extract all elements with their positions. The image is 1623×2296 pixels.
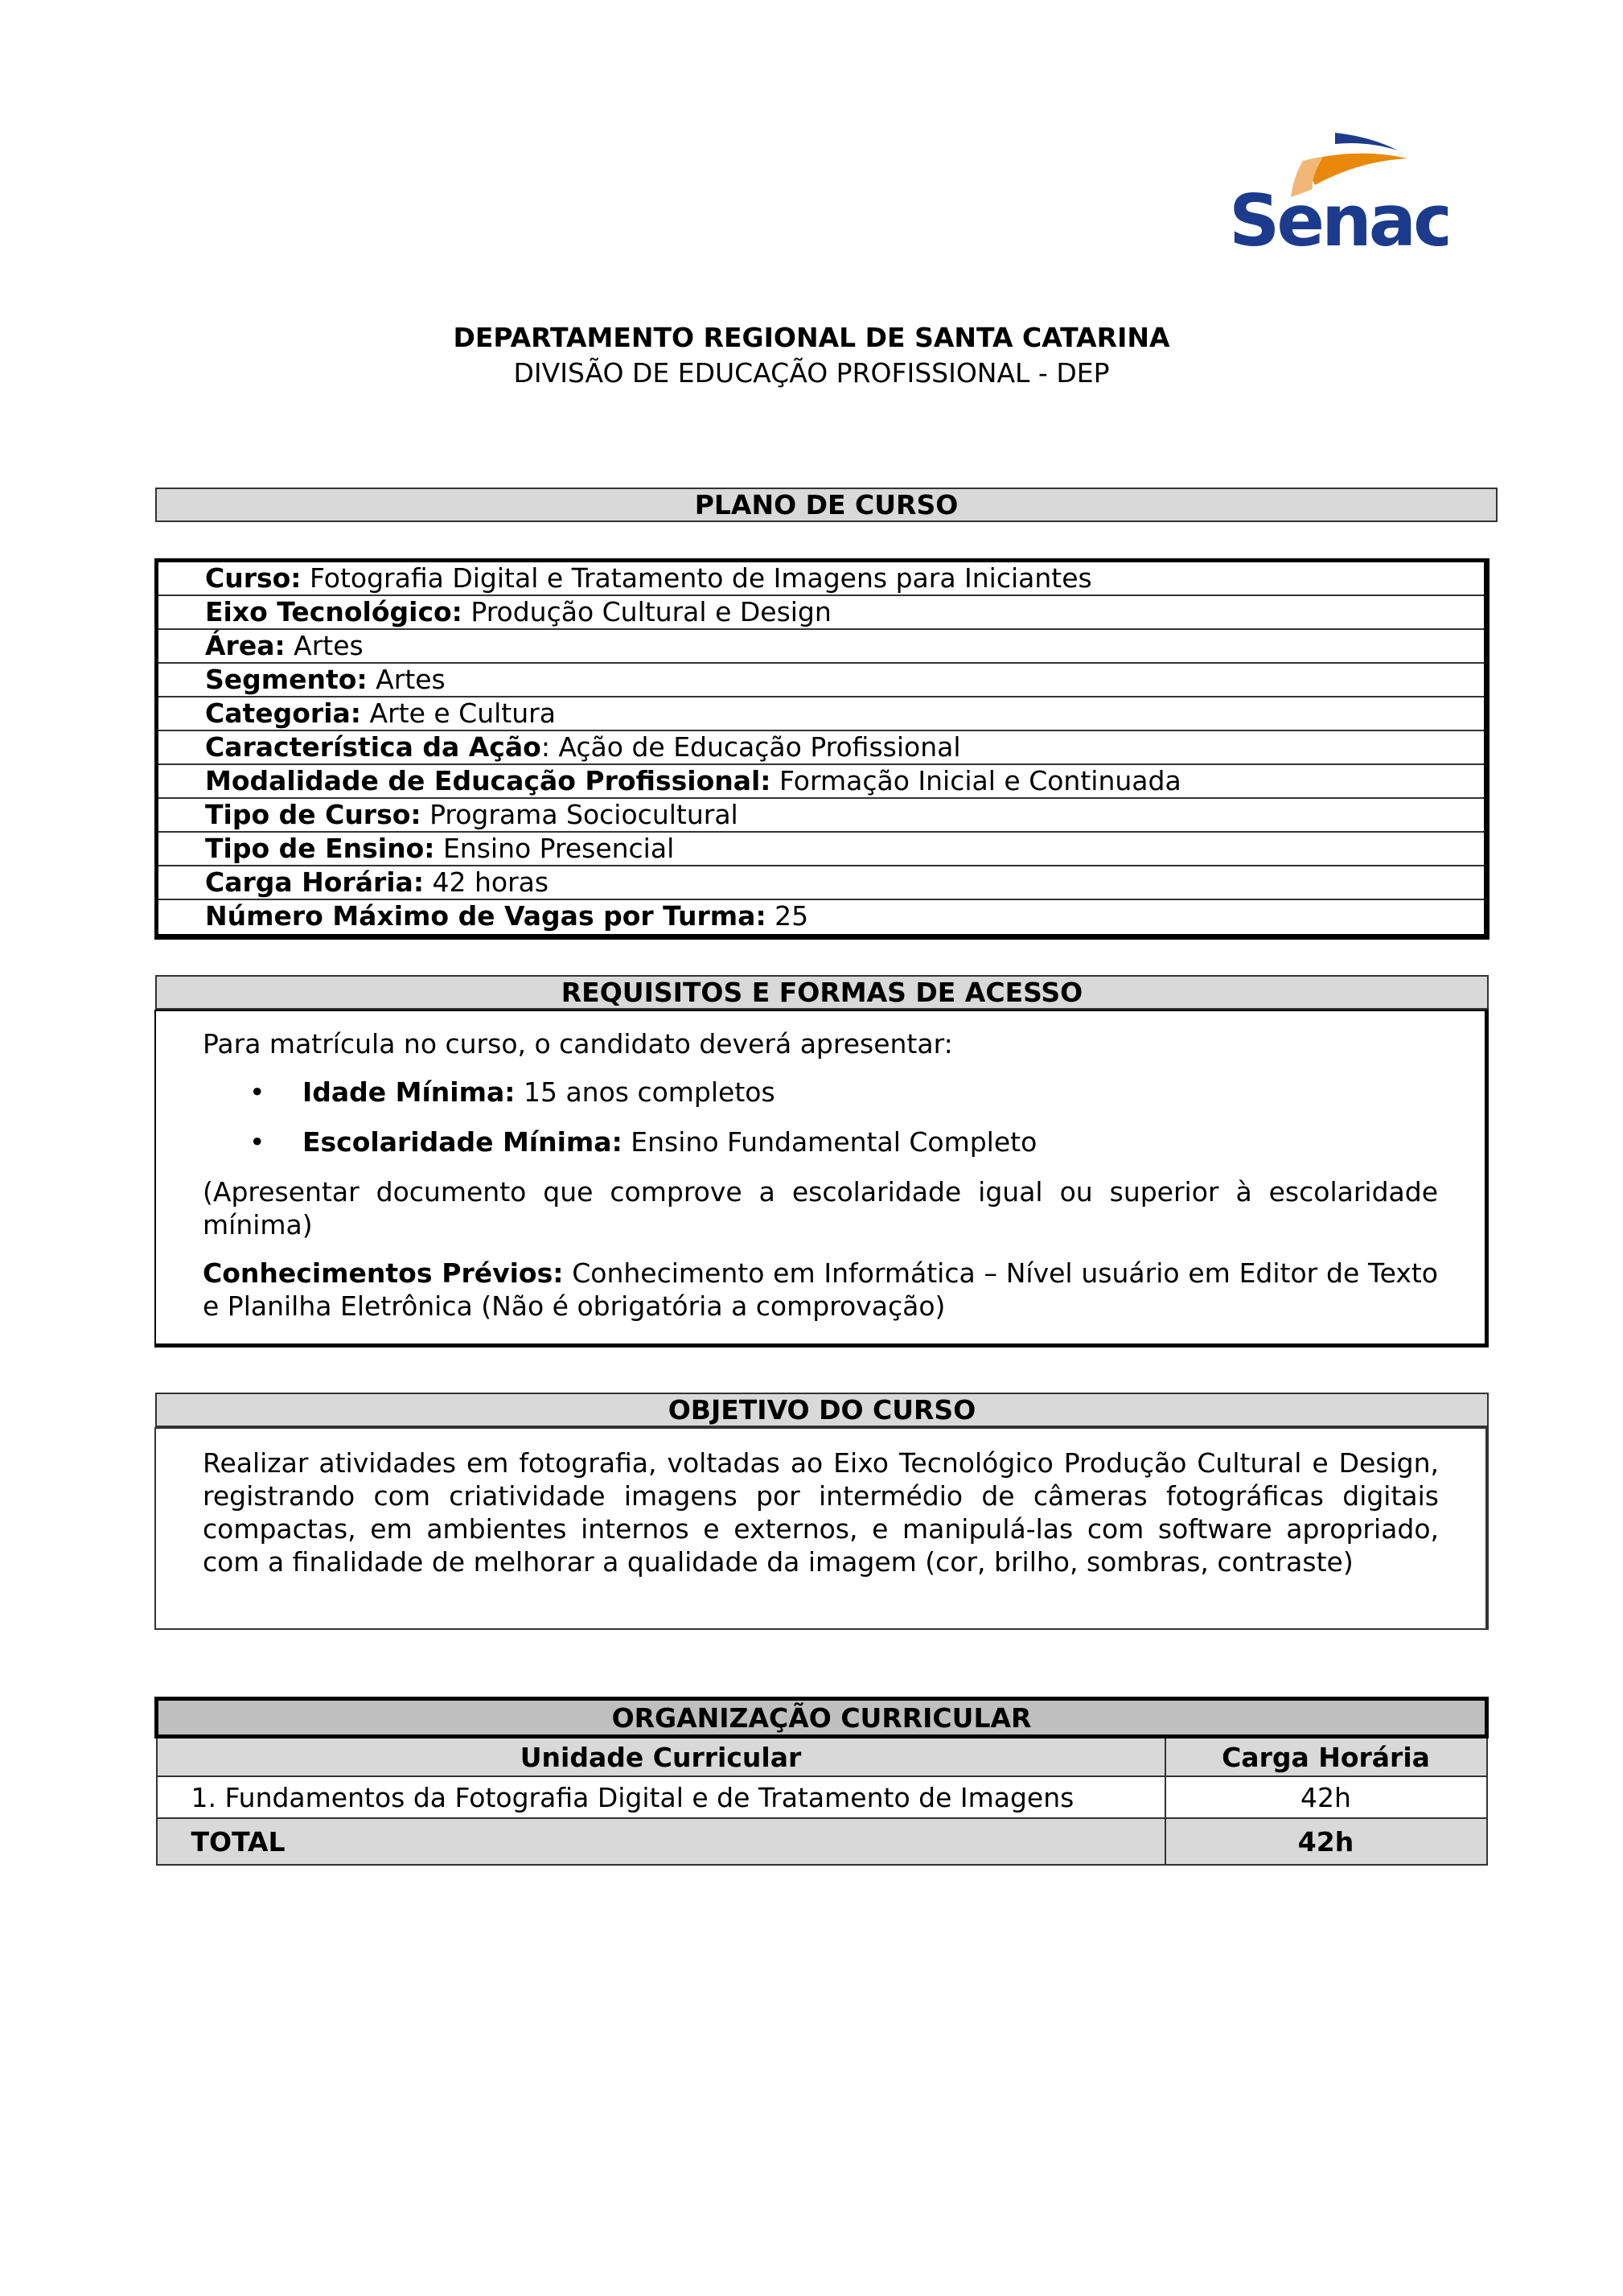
plano-de-curso-title: PLANO DE CURSO <box>155 488 1498 522</box>
svg-text:Senac: Senac <box>1229 179 1448 249</box>
header-unidade: Unidade Curricular <box>157 1737 1165 1777</box>
info-label: Categoria: <box>205 697 361 729</box>
header-carga-horaria: Carga Horária <box>1165 1737 1487 1777</box>
table-header-row: Unidade Curricular Carga Horária <box>157 1737 1487 1777</box>
objetivo-text: Realizar atividades em fotografia, volta… <box>203 1446 1439 1578</box>
info-value: Programa Sociocultural <box>421 799 738 830</box>
requisito-value: 15 anos completos <box>515 1076 775 1108</box>
list-item: •Escolaridade Mínima: Ensino Fundamental… <box>203 1125 1438 1158</box>
organizacao-curricular-table: ORGANIZAÇÃO CURRICULAR Unidade Curricula… <box>154 1697 1489 1866</box>
info-row-modalidade: Modalidade de Educação Profissional: For… <box>158 765 1484 799</box>
info-label: Carga Horária: <box>205 866 424 898</box>
total-label: TOTAL <box>157 1818 1165 1865</box>
bullet-icon: • <box>249 1076 265 1109</box>
info-label: Tipo de Ensino: <box>205 833 434 864</box>
info-label: Curso: <box>205 562 302 594</box>
division-title: DIVISÃO DE EDUCAÇÃO PROFISSIONAL - DEP <box>0 356 1623 391</box>
organizacao-title-row: ORGANIZAÇÃO CURRICULAR <box>157 1699 1487 1737</box>
info-value: Artes <box>286 630 364 661</box>
info-label: Segmento: <box>205 664 368 695</box>
total-row: TOTAL 42h <box>157 1818 1487 1865</box>
requisito-label: Idade Mínima: <box>302 1076 515 1108</box>
objetivo-title: OBJETIVO DO CURSO <box>155 1393 1489 1427</box>
senac-logo: Senac <box>1222 117 1448 249</box>
conhecimentos-label: Conhecimentos Prévios: <box>203 1257 563 1289</box>
requisito-label: Escolaridade Mínima: <box>302 1126 622 1158</box>
documento-note: (Apresentar documento que comprove a esc… <box>203 1175 1438 1241</box>
info-row-caracteristica: Característica da Ação: Ação de Educação… <box>158 731 1484 765</box>
total-hours: 42h <box>1165 1818 1487 1865</box>
list-item: •Idade Mínima: 15 anos completos <box>203 1076 1438 1109</box>
info-value: Arte e Cultura <box>361 697 556 729</box>
info-value: Fotografia Digital e Tratamento de Image… <box>302 562 1092 594</box>
info-row-categoria: Categoria: Arte e Cultura <box>158 697 1484 731</box>
senac-logo-icon: Senac <box>1222 117 1448 249</box>
document-header: DEPARTAMENTO REGIONAL DE SANTA CATARINA … <box>0 320 1623 391</box>
info-row-area: Área: Artes <box>158 630 1484 664</box>
info-row-curso: Curso: Fotografia Digital e Tratamento d… <box>158 562 1484 596</box>
hours-cell: 42h <box>1165 1776 1487 1818</box>
info-label: Tipo de Curso: <box>205 799 421 830</box>
organizacao-title: ORGANIZAÇÃO CURRICULAR <box>157 1699 1487 1737</box>
info-value: Formação Inicial e Continuada <box>771 765 1181 796</box>
info-label: Número Máximo de Vagas por Turma: <box>205 900 766 932</box>
requisitos-list: •Idade Mínima: 15 anos completos •Escola… <box>203 1076 1438 1158</box>
info-value: : Ação de Educação Profissional <box>541 731 961 763</box>
table-row: 1. Fundamentos da Fotografia Digital e d… <box>157 1776 1487 1818</box>
info-row-carga-horaria: Carga Horária: 42 horas <box>158 866 1484 900</box>
requisitos-section: Para matrícula no curso, o candidato dev… <box>154 1010 1489 1348</box>
conhecimentos-previos: Conhecimentos Prévios: Conhecimento em I… <box>203 1257 1438 1323</box>
info-value: Artes <box>368 664 446 695</box>
info-row-tipo-ensino: Tipo de Ensino: Ensino Presencial <box>158 833 1484 866</box>
requisito-value: Ensino Fundamental Completo <box>622 1126 1037 1158</box>
info-label: Área: <box>205 630 286 661</box>
objetivo-section: Realizar atividades em fotografia, volta… <box>154 1427 1489 1630</box>
info-row-segmento: Segmento: Artes <box>158 664 1484 697</box>
info-label: Característica da Ação <box>205 731 541 763</box>
info-value: 42 horas <box>424 866 549 898</box>
info-value: Ensino Presencial <box>434 833 674 864</box>
course-info-table: Curso: Fotografia Digital e Tratamento d… <box>154 558 1489 940</box>
info-row-eixo: Eixo Tecnológico: Produção Cultural e De… <box>158 596 1484 630</box>
info-row-tipo-curso: Tipo de Curso: Programa Sociocultural <box>158 799 1484 833</box>
info-value: Produção Cultural e Design <box>462 596 832 627</box>
requisitos-title: REQUISITOS E FORMAS DE ACESSO <box>155 975 1489 1010</box>
department-title: DEPARTAMENTO REGIONAL DE SANTA CATARINA <box>0 320 1623 356</box>
info-value: 25 <box>766 900 808 932</box>
info-label: Modalidade de Educação Profissional: <box>205 765 771 796</box>
unit-cell: 1. Fundamentos da Fotografia Digital e d… <box>157 1776 1165 1818</box>
requisitos-intro: Para matrícula no curso, o candidato dev… <box>203 1027 1438 1060</box>
info-label: Eixo Tecnológico: <box>205 596 462 627</box>
bullet-icon: • <box>249 1125 265 1158</box>
info-row-vagas: Número Máximo de Vagas por Turma: 25 <box>158 900 1484 934</box>
